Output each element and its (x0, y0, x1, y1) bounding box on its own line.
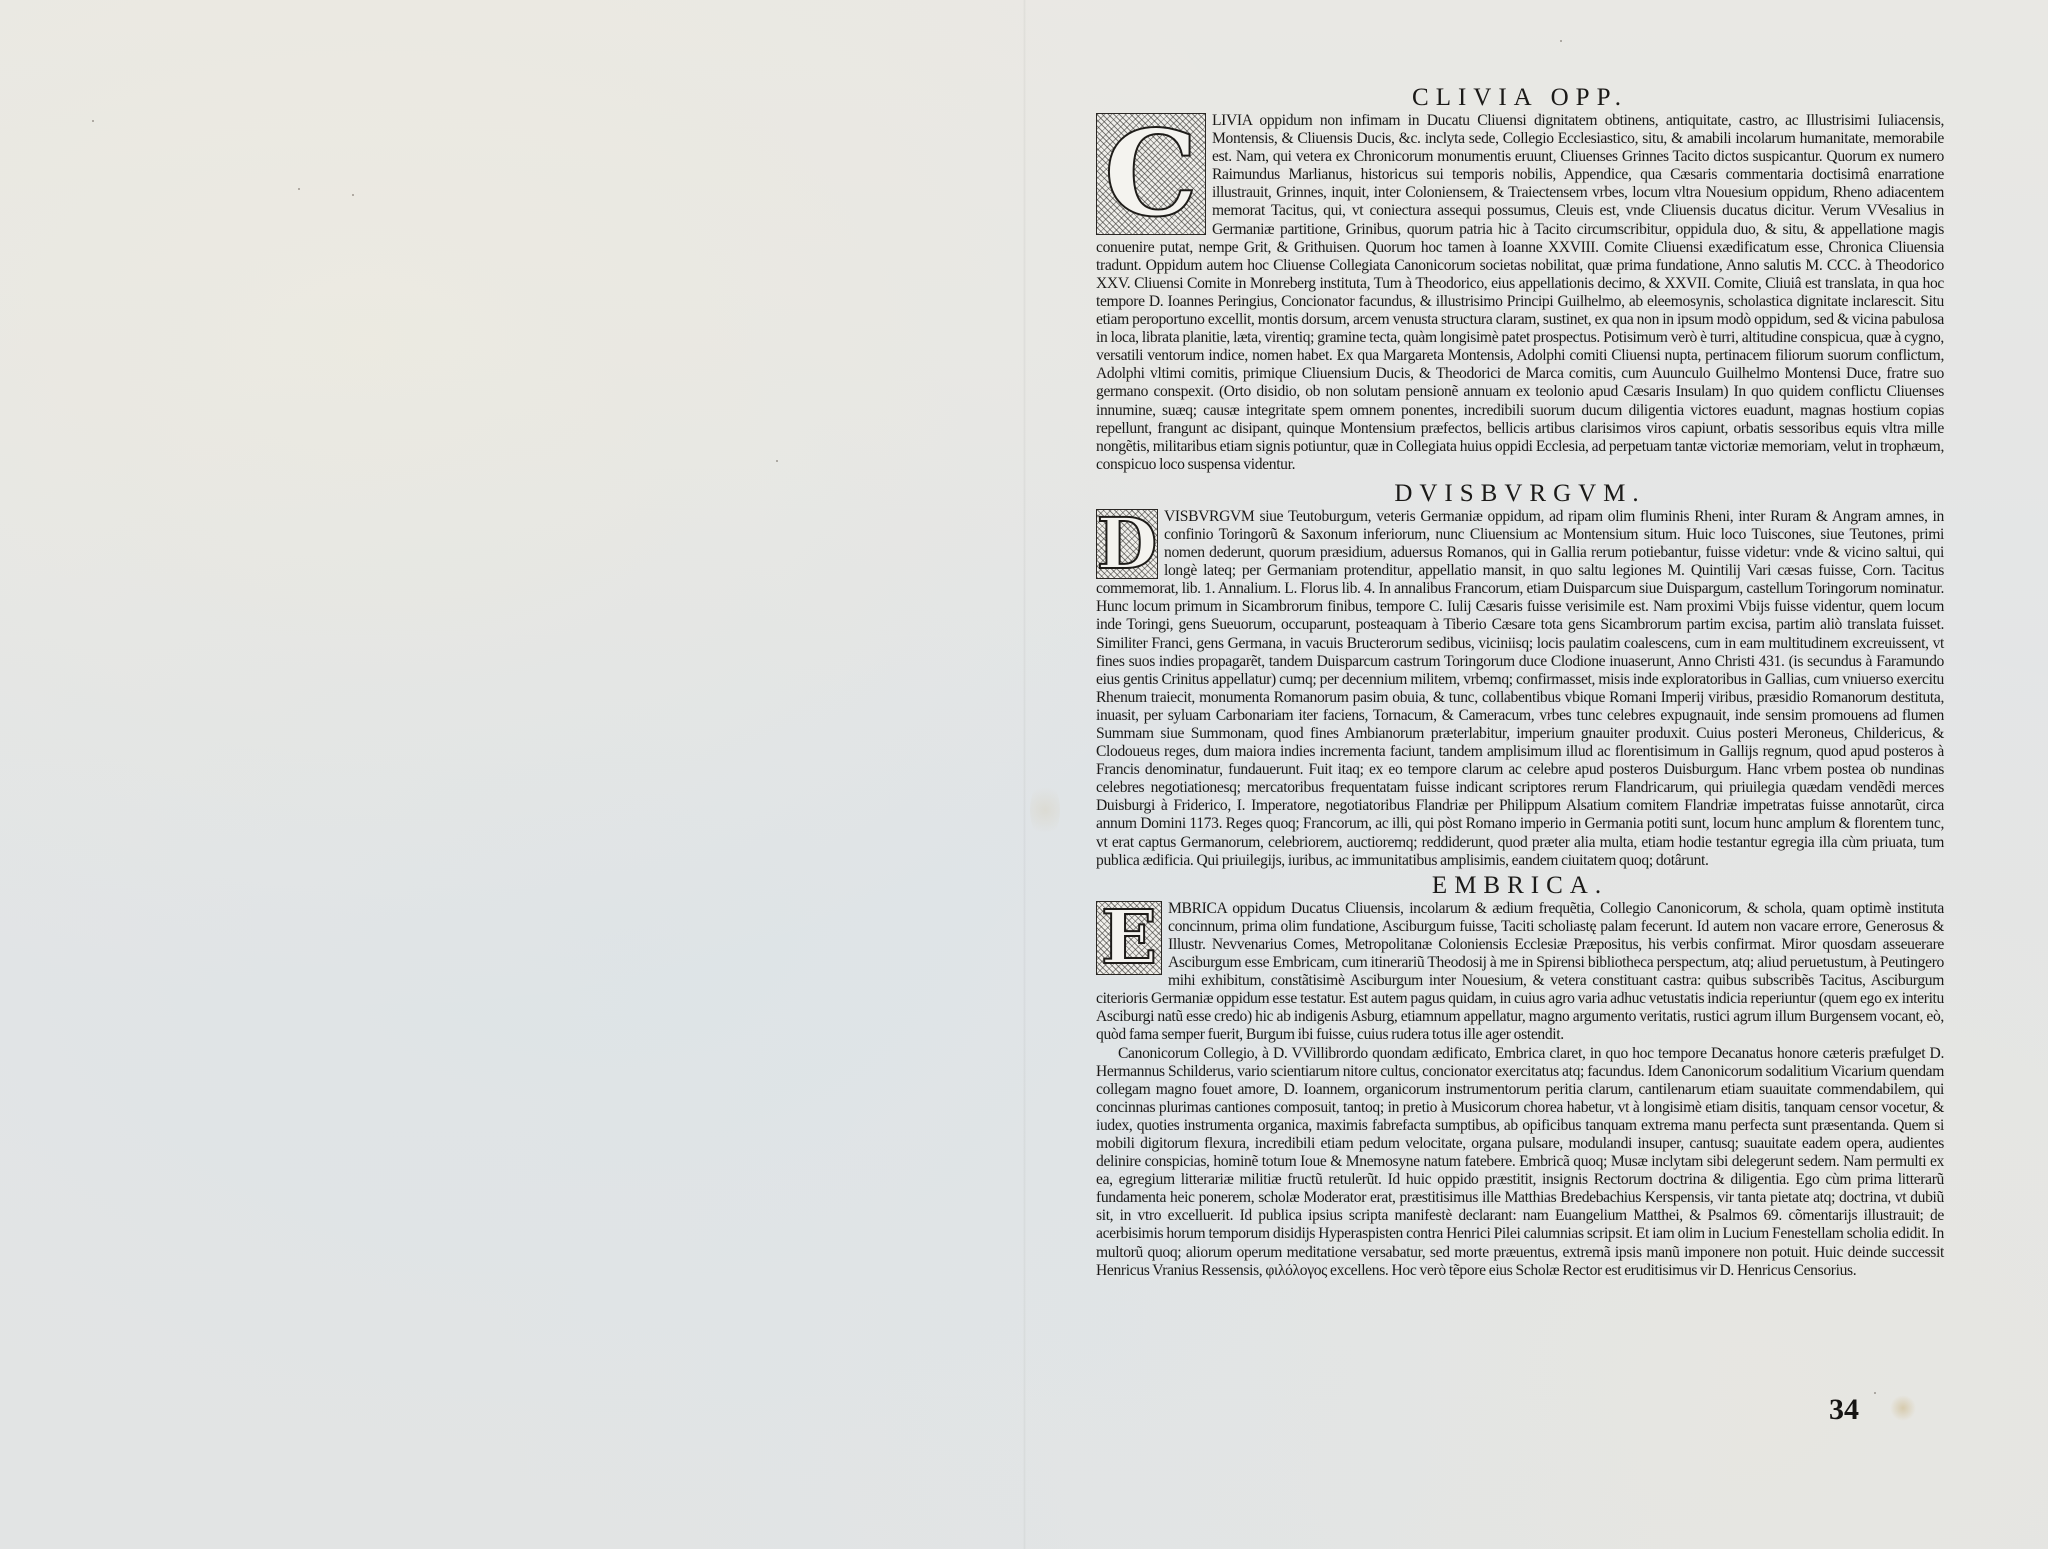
text-column: CLIVIA OPP. C LIVIA oppidum non infimam … (1096, 84, 1944, 1280)
section-title: EMBRICA. (1096, 872, 1944, 900)
initial-letter: E (1101, 901, 1157, 975)
paper-speck (1874, 1392, 1876, 1394)
decorated-initial-e-icon: E (1096, 901, 1162, 975)
section-title: DVISBVRGVM. (1096, 480, 1944, 508)
paper-speck (1560, 40, 1562, 42)
lead-word: LIVIA (1212, 112, 1252, 129)
initial-letter: C (1104, 115, 1198, 233)
body-text: siue Teutoburgum, veteris Germaniæ oppid… (1096, 508, 1944, 869)
decorated-initial-c-icon: C (1096, 113, 1206, 235)
section-body-paragraph-2: Canonicorum Collegio, à D. VVillibrordo … (1096, 1045, 1944, 1280)
page-number: 34 (1829, 1393, 1859, 1427)
section-title: CLIVIA OPP. (1096, 84, 1944, 112)
lead-word: VISBVRGVM (1164, 508, 1254, 525)
initial-letter: D (1097, 509, 1158, 579)
section-clivia: CLIVIA OPP. C LIVIA oppidum non infimam … (1096, 84, 1944, 474)
section-body: VISBVRGVM siue Teutoburgum, veteris Germ… (1096, 508, 1944, 870)
page-fold (1023, 0, 1026, 1549)
paper-speck (298, 188, 300, 190)
section-body: MBRICA oppidum Ducatus Cliuensis, incola… (1096, 900, 1944, 1045)
lead-word: MBRICA (1168, 900, 1227, 917)
paper-speck (776, 460, 778, 462)
decorated-initial-d-icon: D (1096, 509, 1158, 579)
paper-stain (1890, 1395, 1916, 1421)
paper-speck (352, 194, 354, 196)
section-duisburgum: DVISBVRGVM. D VISBVRGVM siue Teutoburgum… (1096, 480, 1944, 870)
paper-speck (92, 120, 94, 122)
section-embrica: EMBRICA. E MBRICA oppidum Ducatus Cliuen… (1096, 872, 1944, 1280)
section-body: LIVIA oppidum non infimam in Ducatu Cliu… (1096, 112, 1944, 474)
body-text: oppidum non infimam in Ducatu Cliuensi d… (1096, 112, 1944, 473)
body-text: oppidum Ducatus Cliuensis, incolarum & æ… (1096, 900, 1944, 1044)
paper-stain (1030, 780, 1060, 840)
